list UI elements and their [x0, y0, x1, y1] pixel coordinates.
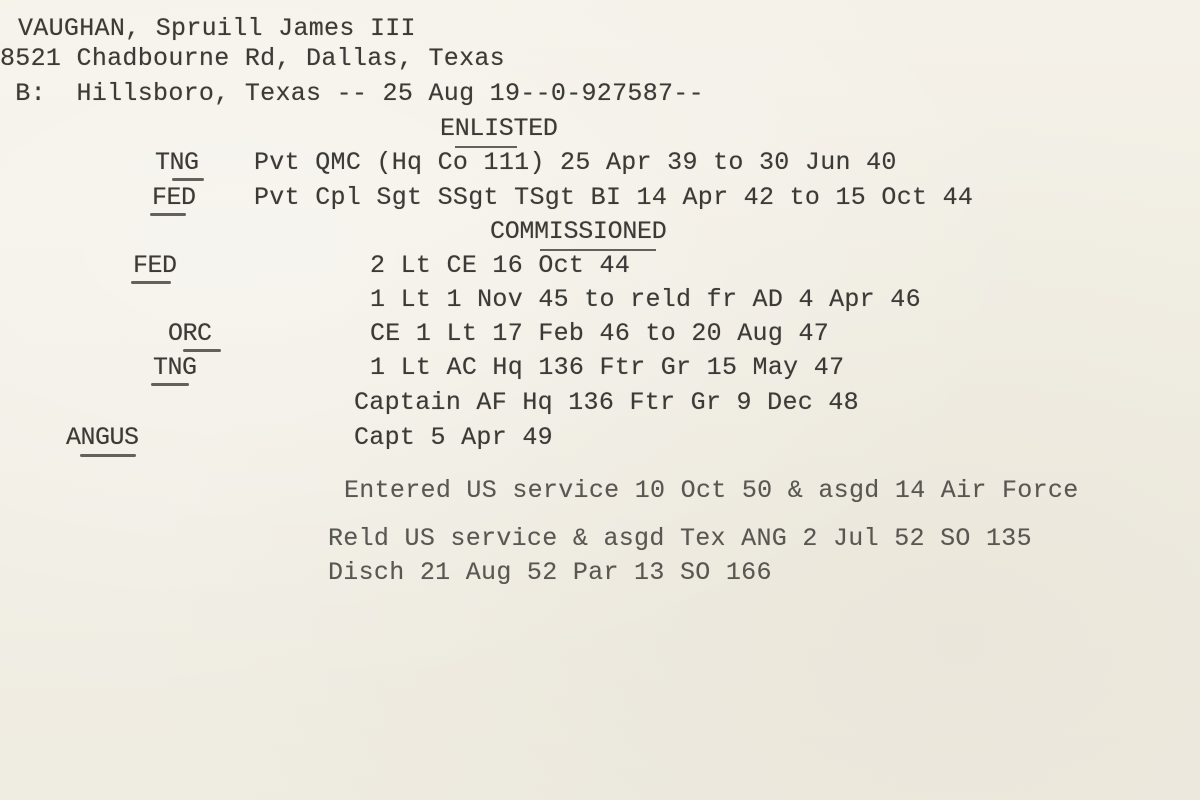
component-label-fed: FED	[133, 251, 177, 281]
component-underline	[172, 178, 204, 181]
component-label-angus: ANGUS	[66, 423, 139, 453]
service-note: Reld US service & asgd Tex ANG 2 Jul 52 …	[328, 524, 1032, 554]
commissioned-entry: 2 Lt CE 16 Oct 44	[370, 251, 630, 281]
commissioned-entry: CE 1 Lt 17 Feb 46 to 20 Aug 47	[370, 319, 829, 349]
commissioned-heading: COMMISSIONED	[490, 217, 666, 247]
component-label-tng: TNG	[155, 148, 199, 178]
service-note: Entered US service 10 Oct 50 & asgd 14 A…	[344, 476, 1079, 506]
commissioned-entry: 1 Lt 1 Nov 45 to reld fr AD 4 Apr 46	[370, 285, 921, 315]
component-underline	[151, 383, 189, 386]
overline-mark	[455, 146, 517, 148]
address-line: 8521 Chadbourne Rd, Dallas, Texas	[0, 44, 505, 74]
overline-mark	[540, 249, 656, 251]
component-underline	[150, 213, 186, 216]
component-underline	[131, 281, 171, 284]
service-record-card: VAUGHAN, Spruill James III 8521 Chadbour…	[0, 0, 1200, 800]
component-label-fed: FED	[152, 183, 196, 213]
enlisted-entry: Pvt QMC (Hq Co 111) 25 Apr 39 to 30 Jun …	[254, 148, 897, 178]
commissioned-entry: Captain AF Hq 136 Ftr Gr 9 Dec 48	[354, 388, 859, 418]
component-underline	[183, 349, 221, 352]
birth-line: B: Hillsboro, Texas -- 25 Aug 19--0-9275…	[0, 79, 704, 109]
enlisted-heading: ENLISTED	[440, 114, 558, 144]
enlisted-entry: Pvt Cpl Sgt SSgt TSgt BI 14 Apr 42 to 15…	[254, 183, 973, 213]
component-label-orc: ORC	[168, 319, 212, 349]
component-label-tng: TNG	[153, 353, 197, 383]
name-line: VAUGHAN, Spruill James III	[18, 14, 416, 44]
commissioned-entry: Capt 5 Apr 49	[354, 423, 553, 453]
service-note: Disch 21 Aug 52 Par 13 SO 166	[328, 558, 772, 588]
component-underline	[80, 454, 136, 457]
commissioned-entry: 1 Lt AC Hq 136 Ftr Gr 15 May 47	[370, 353, 844, 383]
